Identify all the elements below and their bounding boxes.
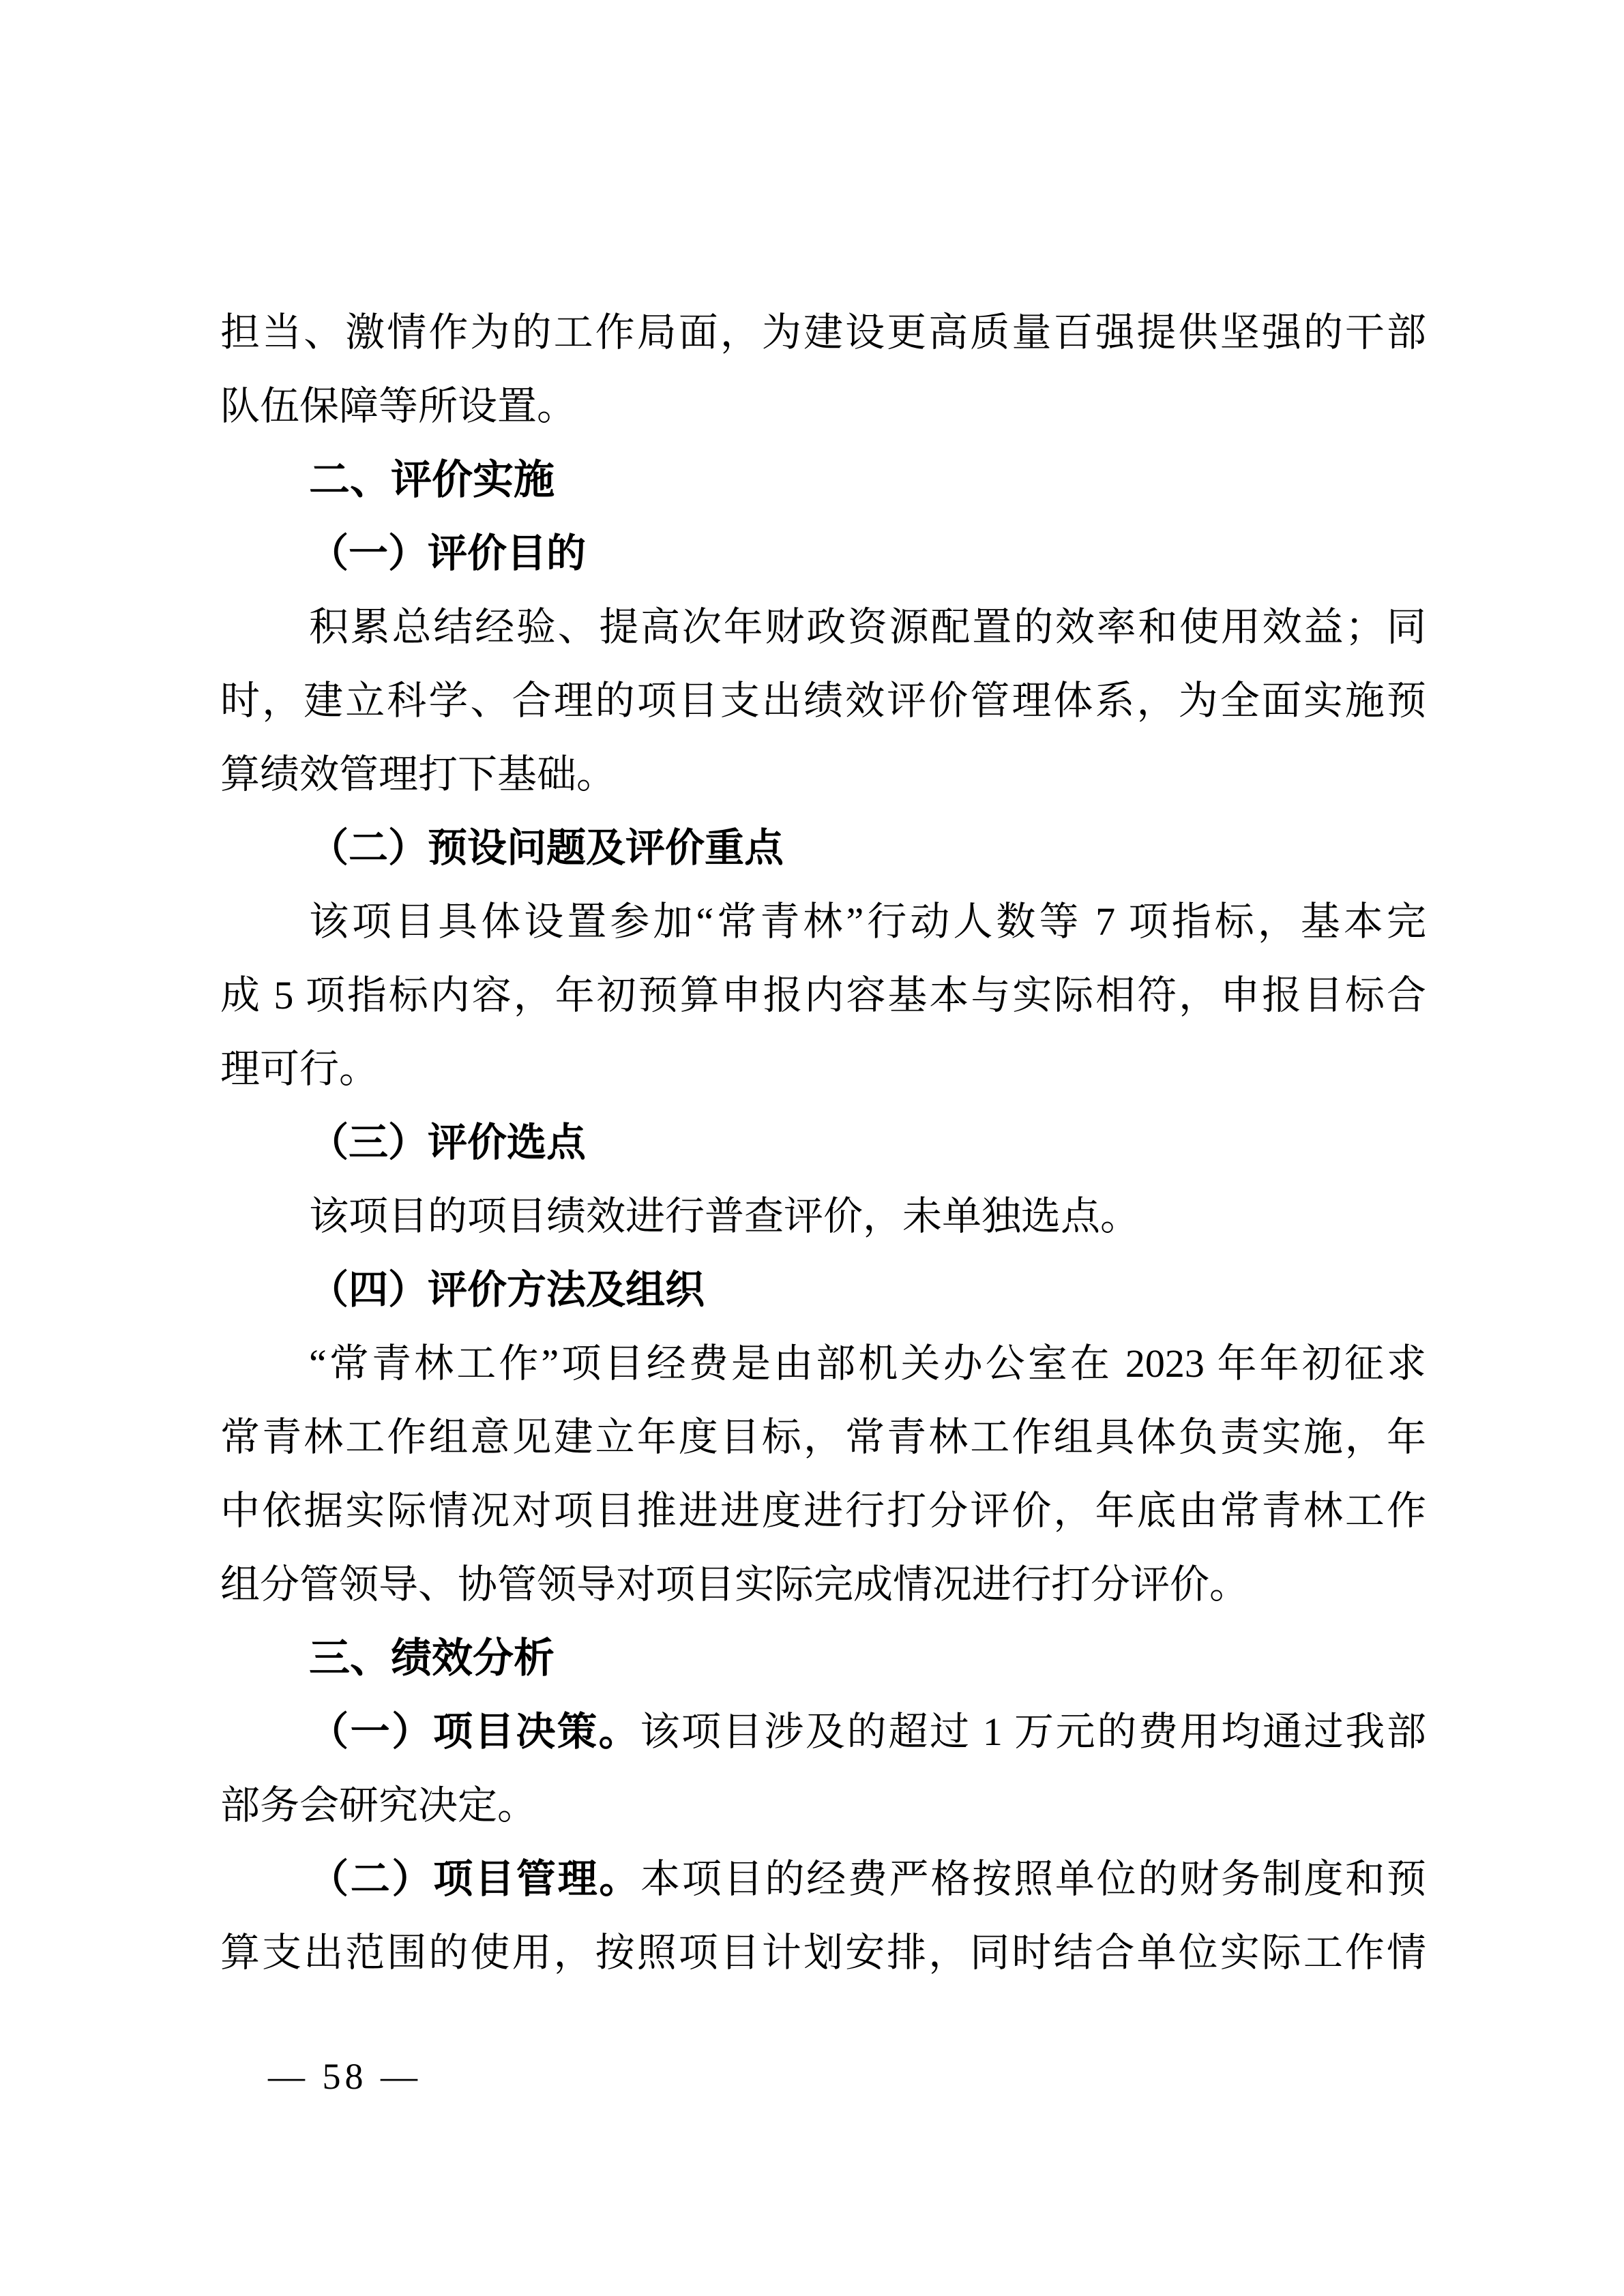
subsection-heading: （二）预设问题及评价重点: [220, 811, 1426, 885]
body-run: 该项目涉及的超过 1 万元的费用均通过我部: [640, 1710, 1426, 1754]
body-line: 算绩效管理打下基础。: [220, 738, 1426, 811]
body-line: 理可行。: [220, 1032, 1426, 1106]
body-line: 该项目的项目绩效进行普查评价，未单独选点。: [220, 1180, 1426, 1253]
body-line: 中依据实际情况对项目推进进度进行打分评价，年底由常青林工作: [220, 1474, 1426, 1548]
section-heading: 三、绩效分析: [220, 1622, 1426, 1695]
body-line: （二）项目管理。本项目的经费严格按照单位的财务制度和预: [220, 1843, 1426, 1916]
body-line: 该项目具体设置参加“常青林”行动人数等 7 项指标，基本完: [220, 885, 1426, 959]
subsection-heading: （一）评价目的: [220, 517, 1426, 591]
body-line: 担当、激情作为的工作局面，为建设更高质量百强提供坚强的干部: [220, 296, 1426, 370]
body-line: 队伍保障等所设置。: [220, 370, 1426, 443]
body-line: 时，建立科学、合理的项目支出绩效评价管理体系，为全面实施预: [220, 664, 1426, 738]
document-page: 担当、激情作为的工作局面，为建设更高质量百强提供坚强的干部 队伍保障等所设置。 …: [0, 0, 1624, 2296]
body-run: 本项目的经费严格按照单位的财务制度和预: [640, 1857, 1426, 1901]
body-line: “常青林工作”项目经费是由部机关办公室在 2023 年年初征求: [220, 1327, 1426, 1401]
body-line: 积累总结经验、提高次年财政资源配置的效率和使用效益；同: [220, 591, 1426, 664]
body-line: 算支出范围的使用，按照项目计划安排，同时结合单位实际工作情: [220, 1916, 1426, 1990]
section-heading: 二、评价实施: [220, 443, 1426, 517]
subsection-lead: （二）项目管理。: [309, 1857, 640, 1901]
subsection-heading: （三）评价选点: [220, 1106, 1426, 1180]
page-footer: — 58 —: [268, 2046, 422, 2107]
body-line: 成 5 项指标内容，年初预算申报内容基本与实际相符，申报目标合: [220, 959, 1426, 1032]
subsection-lead: （一）项目决策。: [309, 1710, 640, 1754]
body-line: 常青林工作组意见建立年度目标，常青林工作组具体负责实施，年: [220, 1401, 1426, 1474]
subsection-heading: （四）评价方法及组织: [220, 1253, 1426, 1327]
body-line: 组分管领导、协管领导对项目实际完成情况进行打分评价。: [220, 1548, 1426, 1622]
body-line: 部务会研究决定。: [220, 1769, 1426, 1843]
page-number: — 58 —: [268, 2056, 422, 2097]
document-body: 担当、激情作为的工作局面，为建设更高质量百强提供坚强的干部 队伍保障等所设置。 …: [220, 296, 1426, 1990]
body-line: （一）项目决策。该项目涉及的超过 1 万元的费用均通过我部: [220, 1695, 1426, 1769]
